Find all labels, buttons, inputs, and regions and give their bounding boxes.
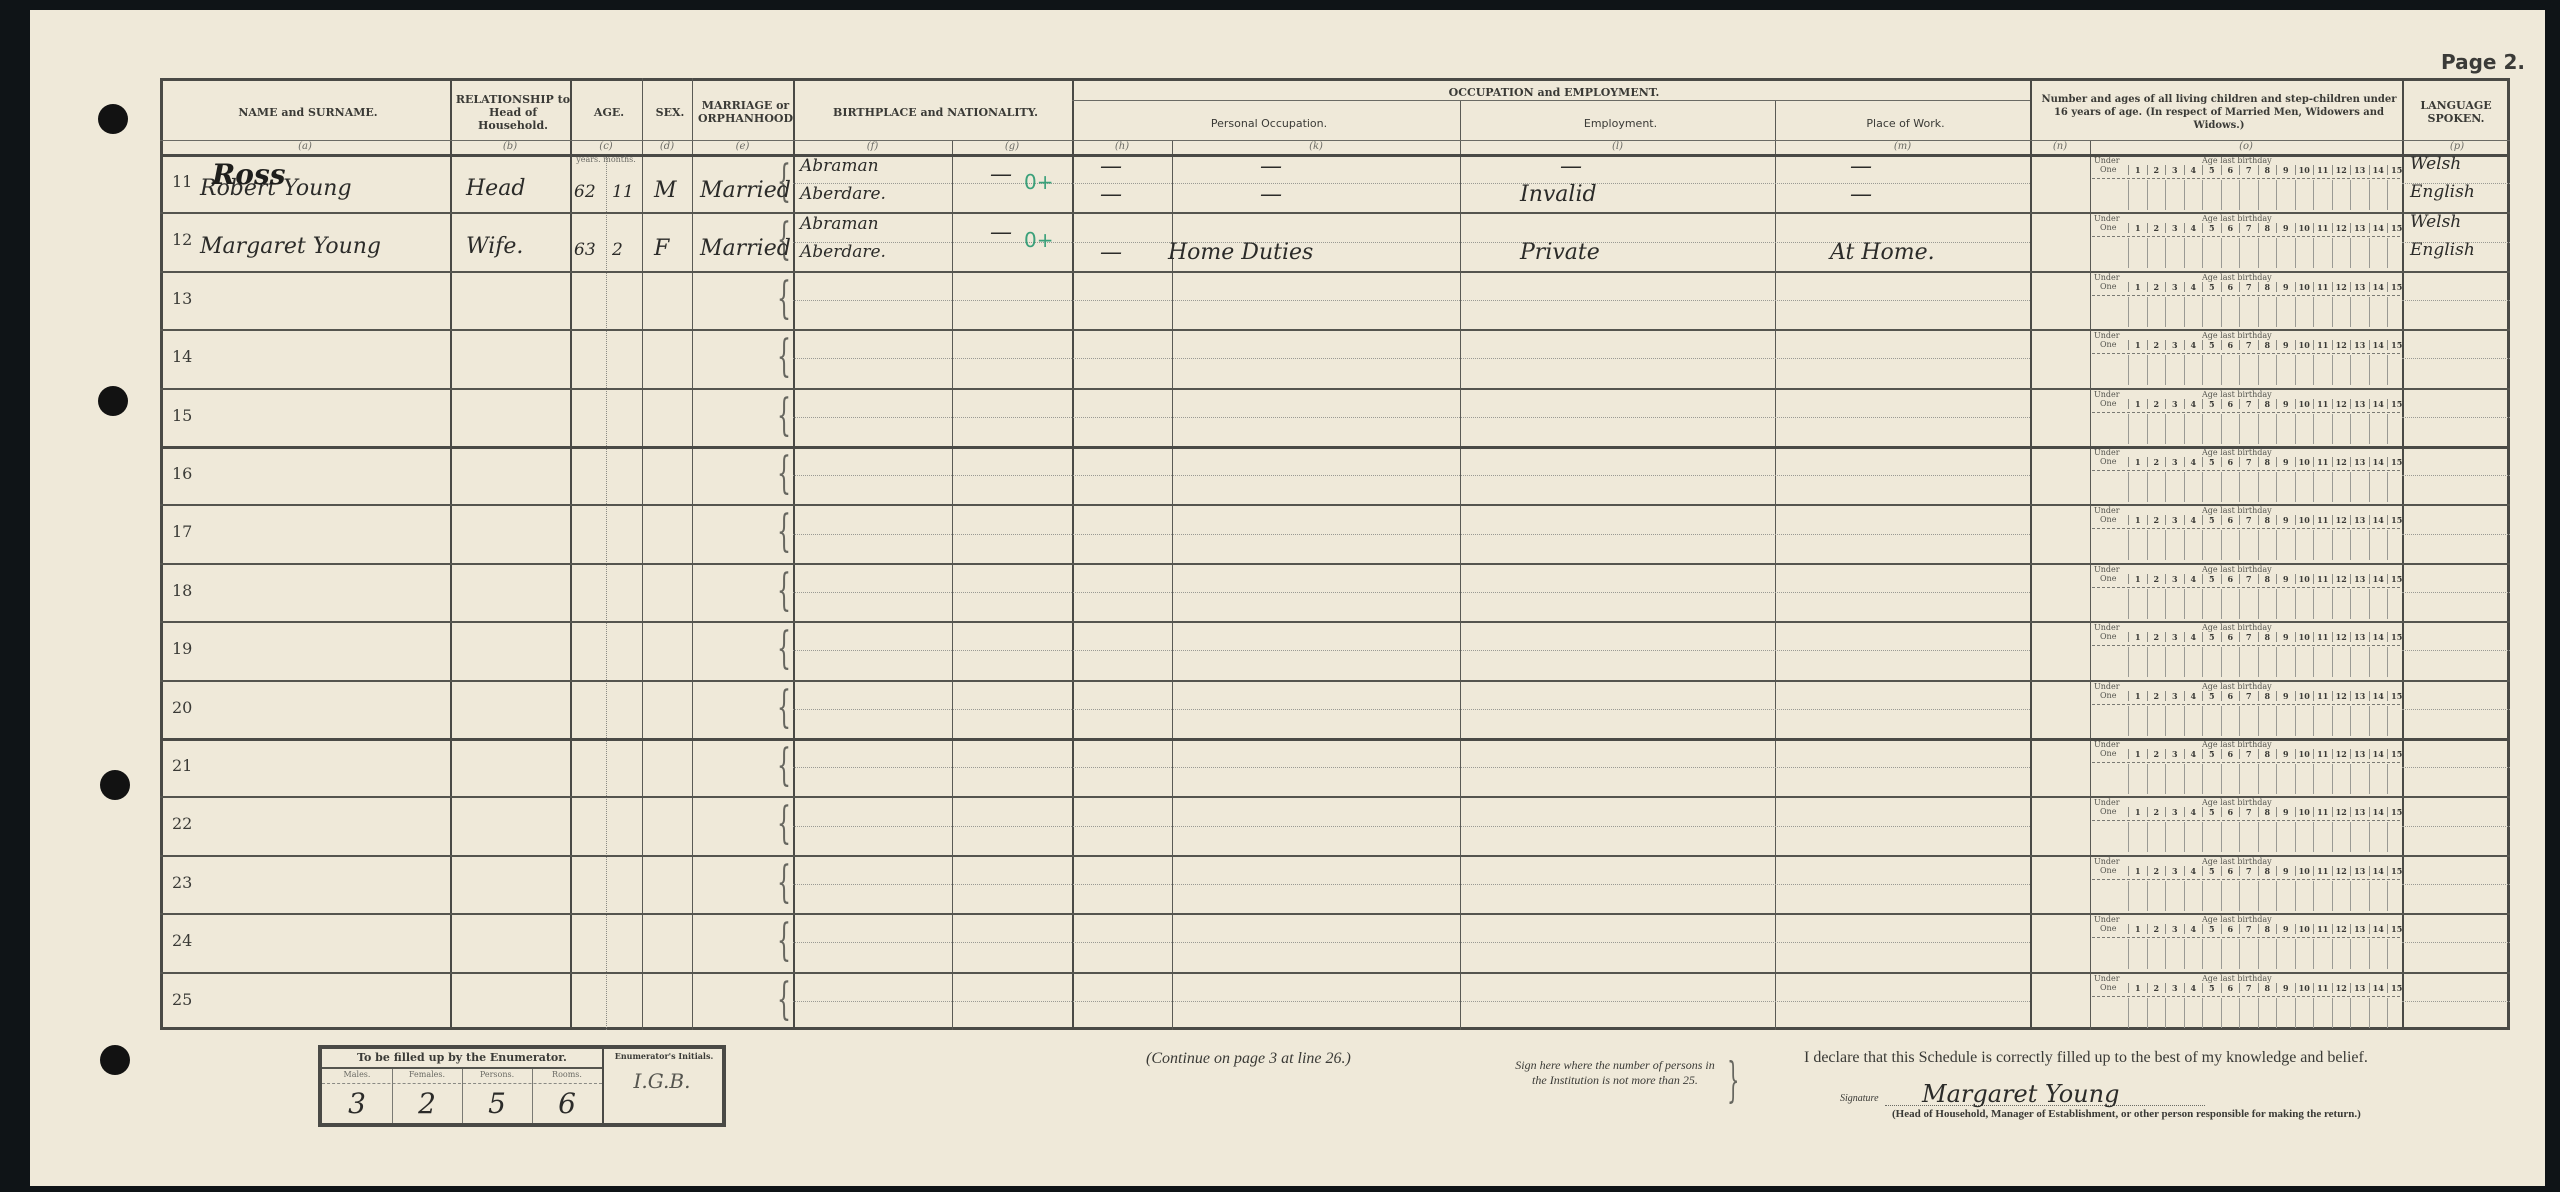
column-letter: (e) [692, 141, 793, 152]
occupation-k1: — [1260, 154, 1282, 179]
age-cell[interactable] [2202, 764, 2221, 794]
age-cell[interactable] [2128, 647, 2147, 677]
age-cell[interactable] [2313, 998, 2332, 1028]
age-cell[interactable] [2165, 939, 2184, 969]
males-label: Males. [322, 1070, 392, 1079]
age-cell[interactable] [2128, 764, 2147, 794]
age-cell[interactable] [2239, 589, 2258, 619]
age-number: 6 [2221, 223, 2240, 233]
age-number: 10 [2295, 399, 2314, 409]
age-cell[interactable] [2387, 297, 2406, 327]
age-cell[interactable] [2332, 180, 2351, 210]
age-cell[interactable] [2147, 764, 2166, 794]
age-number: 9 [2276, 866, 2295, 876]
age-cell[interactable] [2202, 881, 2221, 911]
age-cell[interactable] [2276, 939, 2295, 969]
age-cell[interactable] [2165, 238, 2184, 268]
age-cell[interactable] [2239, 764, 2258, 794]
age-cell[interactable] [2165, 764, 2184, 794]
age-cell[interactable] [2202, 939, 2221, 969]
age-cell[interactable] [2295, 414, 2314, 444]
age-number: 5 [2202, 632, 2221, 642]
brace-icon: { [777, 335, 791, 379]
age-cell[interactable] [2276, 414, 2295, 444]
age-cell[interactable] [2221, 355, 2240, 385]
age-number: 2 [2147, 165, 2166, 175]
age-cell[interactable] [2221, 297, 2240, 327]
age-cell[interactable] [2332, 939, 2351, 969]
age-cell[interactable] [2184, 647, 2203, 677]
age-number: 6 [2221, 983, 2240, 993]
age-cell[interactable] [2165, 414, 2184, 444]
age-cell[interactable] [2387, 998, 2406, 1028]
age-cell[interactable] [2221, 238, 2240, 268]
age-cell[interactable] [2350, 881, 2369, 911]
children-age-grid: UnderOneAge last birthday123456789101112… [2092, 390, 2400, 446]
age-cell[interactable] [2165, 881, 2184, 911]
age-cell[interactable] [2295, 764, 2314, 794]
employment: Invalid [1520, 182, 1597, 207]
age-cell[interactable] [2276, 998, 2295, 1028]
age-cell[interactable] [2239, 647, 2258, 677]
age-number: 13 [2350, 924, 2369, 934]
row-subdivider [2402, 358, 2510, 359]
age-cell[interactable] [2202, 589, 2221, 619]
age-cell[interactable] [2202, 706, 2221, 736]
age-cell[interactable] [2202, 822, 2221, 852]
age-cell[interactable] [2128, 238, 2147, 268]
age-cell[interactable] [2313, 238, 2332, 268]
age-cell[interactable] [2128, 180, 2147, 210]
age-cell[interactable] [2239, 472, 2258, 502]
age-cell[interactable] [2350, 238, 2369, 268]
age-cell[interactable] [2369, 764, 2388, 794]
age-cell[interactable] [2276, 530, 2295, 560]
age-cell[interactable] [2147, 355, 2166, 385]
age-cell[interactable] [2258, 589, 2277, 619]
age-cell[interactable] [2313, 530, 2332, 560]
age-cell[interactable] [2128, 472, 2147, 502]
header-children: Number and ages of all living children a… [2033, 81, 2405, 143]
age-cell[interactable] [2128, 355, 2147, 385]
age-cell[interactable] [2350, 180, 2369, 210]
age-cell[interactable] [2387, 180, 2406, 210]
age-cell[interactable] [2387, 355, 2406, 385]
children-age-grid: UnderOneAge last birthday123456789101112… [2092, 156, 2400, 212]
age-number: 4 [2184, 866, 2203, 876]
age-cell[interactable] [2276, 180, 2295, 210]
age-cell[interactable] [2369, 939, 2388, 969]
age-cell[interactable] [2350, 706, 2369, 736]
age-cell[interactable] [2184, 238, 2203, 268]
age-cell[interactable] [2332, 297, 2351, 327]
age-cell[interactable] [2295, 998, 2314, 1028]
age-cell[interactable] [2350, 647, 2369, 677]
age-cell[interactable] [2369, 414, 2388, 444]
age-number: 7 [2239, 632, 2258, 642]
age-cell[interactable] [2313, 822, 2332, 852]
age-cell[interactable] [2147, 998, 2166, 1028]
age-cell[interactable] [2202, 998, 2221, 1028]
column-letter: (a) [160, 141, 450, 152]
age-cell[interactable] [2184, 180, 2203, 210]
age-cell[interactable] [2332, 764, 2351, 794]
age-cell[interactable] [2184, 998, 2203, 1028]
age-cell[interactable] [2258, 939, 2277, 969]
age-cell[interactable] [2202, 180, 2221, 210]
age-cell[interactable] [2239, 297, 2258, 327]
age-cell[interactable] [2332, 998, 2351, 1028]
age-cell[interactable] [2295, 881, 2314, 911]
age-number: 8 [2258, 457, 2277, 467]
age-number: 1 [2128, 574, 2147, 584]
age-cell[interactable] [2147, 706, 2166, 736]
age-cell[interactable] [2276, 647, 2295, 677]
age-number: 12 [2332, 457, 2351, 467]
age-cell[interactable] [2147, 647, 2166, 677]
age-cell[interactable] [2313, 939, 2332, 969]
age-cell[interactable] [2239, 822, 2258, 852]
age-cell[interactable] [2221, 180, 2240, 210]
age-cell[interactable] [2221, 764, 2240, 794]
age-cell[interactable] [2332, 881, 2351, 911]
age-cell[interactable] [2276, 238, 2295, 268]
age-cell[interactable] [2387, 822, 2406, 852]
age-cell[interactable] [2387, 238, 2406, 268]
age-cell[interactable] [2184, 414, 2203, 444]
age-cell[interactable] [2387, 530, 2406, 560]
age-cell[interactable] [2295, 297, 2314, 327]
age-number: 9 [2276, 632, 2295, 642]
age-cell[interactable] [2387, 472, 2406, 502]
age-number: 8 [2258, 632, 2277, 642]
age-number: 14 [2369, 983, 2388, 993]
age-number: 7 [2239, 223, 2258, 233]
age-cell[interactable] [2165, 472, 2184, 502]
age-number: 1 [2128, 515, 2147, 525]
age-cell[interactable] [2313, 414, 2332, 444]
age-cell[interactable] [2147, 530, 2166, 560]
header-place-of-work: Place of Work. [1778, 103, 2033, 143]
age-cell[interactable] [2184, 355, 2203, 385]
age-cell[interactable] [2147, 180, 2166, 210]
age-cell[interactable] [2165, 530, 2184, 560]
age-number: 5 [2202, 924, 2221, 934]
age-number: 14 [2369, 691, 2388, 701]
age-cell[interactable] [2128, 706, 2147, 736]
age-cell[interactable] [2313, 764, 2332, 794]
age-cell[interactable] [2369, 530, 2388, 560]
age-cell[interactable] [2165, 355, 2184, 385]
age-cell[interactable] [2350, 530, 2369, 560]
age-cell[interactable] [2202, 238, 2221, 268]
age-cell[interactable] [2147, 589, 2166, 619]
age-cell[interactable] [2258, 530, 2277, 560]
age-cell[interactable] [2369, 589, 2388, 619]
age-number: 11 [2313, 807, 2332, 817]
age-cell[interactable] [2276, 706, 2295, 736]
age-number: 13 [2350, 399, 2369, 409]
age-cell[interactable] [2202, 355, 2221, 385]
age-cell[interactable] [2184, 589, 2203, 619]
age-cell[interactable] [2295, 706, 2314, 736]
age-cell[interactable] [2276, 472, 2295, 502]
age-cell[interactable] [2332, 822, 2351, 852]
age-number: 3 [2165, 515, 2184, 525]
age-cell[interactable] [2313, 355, 2332, 385]
age-cell[interactable] [2332, 647, 2351, 677]
persons-count: 5 [462, 1087, 532, 1120]
age-cell[interactable] [2295, 822, 2314, 852]
age-cell[interactable] [2165, 589, 2184, 619]
persons-label: Persons. [462, 1070, 532, 1079]
age-cell[interactable] [2295, 180, 2314, 210]
age-cell[interactable] [2276, 822, 2295, 852]
age-cell[interactable] [2350, 822, 2369, 852]
age-cell[interactable] [2165, 706, 2184, 736]
age-number: 5 [2202, 866, 2221, 876]
age-cell[interactable] [2147, 881, 2166, 911]
age-number: 14 [2369, 749, 2388, 759]
age-number: 6 [2221, 340, 2240, 350]
enumerator-title: To be filled up by the Enumerator. [322, 1049, 602, 1069]
age-cell[interactable] [2221, 822, 2240, 852]
age-cell[interactable] [2202, 647, 2221, 677]
age-cell[interactable] [2313, 472, 2332, 502]
age-cell[interactable] [2387, 881, 2406, 911]
age-cell[interactable] [2184, 472, 2203, 502]
age-number: 12 [2332, 165, 2351, 175]
age-cell[interactable] [2369, 706, 2388, 736]
age-cell[interactable] [2332, 530, 2351, 560]
age-cell[interactable] [2369, 472, 2388, 502]
age-cell[interactable] [2184, 764, 2203, 794]
age-number: 3 [2165, 340, 2184, 350]
age-cell[interactable] [2221, 589, 2240, 619]
age-cell[interactable] [2165, 647, 2184, 677]
brace-icon: { [777, 569, 791, 613]
age-number: 14 [2369, 632, 2388, 642]
age-cell[interactable] [2350, 355, 2369, 385]
age-cell[interactable] [2313, 647, 2332, 677]
age-cell[interactable] [2313, 881, 2332, 911]
age-cell[interactable] [2258, 706, 2277, 736]
age-cell[interactable] [2221, 881, 2240, 911]
children-age-grid: UnderOneAge last birthday123456789101112… [2092, 331, 2400, 387]
age-cell[interactable] [2128, 881, 2147, 911]
age-cell[interactable] [2313, 706, 2332, 736]
age-years: 62 [574, 182, 596, 202]
age-number: 10 [2295, 632, 2314, 642]
rooms-count: 6 [532, 1087, 602, 1120]
age-cell[interactable] [2350, 472, 2369, 502]
age-cell[interactable] [2387, 647, 2406, 677]
row-subdivider [793, 884, 2030, 885]
age-number: 14 [2369, 866, 2388, 876]
brace-icon: { [777, 861, 791, 905]
age-cell[interactable] [2165, 180, 2184, 210]
age-cell[interactable] [2258, 822, 2277, 852]
age-number: 12 [2332, 340, 2351, 350]
age-cell[interactable] [2369, 881, 2388, 911]
age-cell[interactable] [2276, 355, 2295, 385]
column-divider [1460, 100, 1461, 1030]
row-subdivider [793, 358, 2030, 359]
age-cell[interactable] [2369, 180, 2388, 210]
age-cell[interactable] [2295, 530, 2314, 560]
column-letter: (d) [642, 141, 692, 152]
age-cell[interactable] [2387, 939, 2406, 969]
age-cell[interactable] [2258, 297, 2277, 327]
age-cell[interactable] [2239, 238, 2258, 268]
age-cell[interactable] [2350, 939, 2369, 969]
age-number: 5 [2202, 399, 2221, 409]
age-number: 9 [2276, 165, 2295, 175]
age-cell[interactable] [2239, 706, 2258, 736]
age-cell[interactable] [2369, 238, 2388, 268]
age-cell[interactable] [2202, 472, 2221, 502]
age-number: 2 [2147, 749, 2166, 759]
age-number: 7 [2239, 866, 2258, 876]
age-cell[interactable] [2184, 530, 2203, 560]
children-age-grid: UnderOneAge last birthday123456789101112… [2092, 682, 2400, 738]
age-cell[interactable] [2184, 706, 2203, 736]
age-cell[interactable] [2295, 647, 2314, 677]
age-cell[interactable] [2147, 238, 2166, 268]
age-cell[interactable] [2369, 998, 2388, 1028]
age-cell[interactable] [2128, 998, 2147, 1028]
age-cell[interactable] [2239, 180, 2258, 210]
age-cell[interactable] [2332, 589, 2351, 619]
age-cell[interactable] [2202, 414, 2221, 444]
enumerator-box: To be filled up by the Enumerator. Enume… [318, 1045, 726, 1127]
age-number: 9 [2276, 574, 2295, 584]
age-cell[interactable] [2147, 472, 2166, 502]
age-cell[interactable] [2221, 939, 2240, 969]
age-number: 8 [2258, 223, 2277, 233]
age-cell[interactable] [2184, 822, 2203, 852]
age-cell[interactable] [2221, 472, 2240, 502]
age-cell[interactable] [2258, 414, 2277, 444]
age-cell[interactable] [2147, 939, 2166, 969]
age-cell[interactable] [2387, 589, 2406, 619]
age-cell[interactable] [2350, 764, 2369, 794]
age-cell[interactable] [2184, 939, 2203, 969]
age-cell[interactable] [2295, 355, 2314, 385]
age-cell[interactable] [2221, 998, 2240, 1028]
age-cell[interactable] [2369, 297, 2388, 327]
age-cell[interactable] [2350, 414, 2369, 444]
age-cell[interactable] [2258, 764, 2277, 794]
age-cell[interactable] [2295, 238, 2314, 268]
age-cell[interactable] [2147, 414, 2166, 444]
age-cell[interactable] [2128, 414, 2147, 444]
age-cell[interactable] [2350, 589, 2369, 619]
age-cell[interactable] [2128, 939, 2147, 969]
age-cell[interactable] [2239, 530, 2258, 560]
age-cell[interactable] [2128, 530, 2147, 560]
age-cell[interactable] [2313, 589, 2332, 619]
age-number: 3 [2165, 983, 2184, 993]
age-number: 15 [2387, 457, 2406, 467]
age-cell[interactable] [2258, 238, 2277, 268]
age-cell[interactable] [2221, 647, 2240, 677]
age-cell[interactable] [2369, 647, 2388, 677]
age-cell[interactable] [2239, 881, 2258, 911]
age-cell[interactable] [2332, 238, 2351, 268]
age-cell[interactable] [2332, 355, 2351, 385]
age-cell[interactable] [2184, 297, 2203, 327]
age-number: 6 [2221, 924, 2240, 934]
age-cell[interactable] [2165, 822, 2184, 852]
age-cell[interactable] [2276, 297, 2295, 327]
age-cell[interactable] [2313, 297, 2332, 327]
age-cell[interactable] [2387, 414, 2406, 444]
age-cell[interactable] [2165, 297, 2184, 327]
age-cell[interactable] [2258, 647, 2277, 677]
age-cell[interactable] [2369, 822, 2388, 852]
age-cell[interactable] [2128, 589, 2147, 619]
age-cell[interactable] [2239, 414, 2258, 444]
age-cell[interactable] [2258, 472, 2277, 502]
age-cell[interactable] [2295, 589, 2314, 619]
age-cell[interactable] [2332, 706, 2351, 736]
age-cell[interactable] [2165, 998, 2184, 1028]
age-cell[interactable] [2258, 180, 2277, 210]
age-number: 6 [2221, 399, 2240, 409]
age-cell[interactable] [2239, 939, 2258, 969]
age-cell[interactable] [2147, 822, 2166, 852]
age-cell[interactable] [2387, 706, 2406, 736]
age-cell[interactable] [2313, 180, 2332, 210]
age-cell[interactable] [2295, 472, 2314, 502]
age-number: 10 [2295, 457, 2314, 467]
age-cell[interactable] [2387, 764, 2406, 794]
age-cell[interactable] [2239, 355, 2258, 385]
age-cell[interactable] [2147, 297, 2166, 327]
age-cell[interactable] [2276, 764, 2295, 794]
age-number: 13 [2350, 983, 2369, 993]
age-cell[interactable] [2202, 530, 2221, 560]
signature-label: Signature [1840, 1093, 1879, 1104]
age-cell[interactable] [2258, 881, 2277, 911]
declaration-text: I declare that this Schedule is correctl… [1804, 1049, 2368, 1067]
age-cell[interactable] [2258, 998, 2277, 1028]
birthplace-line1: Abraman [800, 214, 879, 234]
age-cell[interactable] [2221, 414, 2240, 444]
age-cell[interactable] [2350, 297, 2369, 327]
age-cell[interactable] [2276, 589, 2295, 619]
age-cell[interactable] [2128, 822, 2147, 852]
age-cell[interactable] [2332, 414, 2351, 444]
language-line1: Welsh [2410, 212, 2461, 232]
age-cell[interactable] [2239, 998, 2258, 1028]
age-cell[interactable] [2128, 297, 2147, 327]
age-cell[interactable] [2184, 881, 2203, 911]
age-cell[interactable] [2221, 706, 2240, 736]
age-cell[interactable] [2258, 355, 2277, 385]
nationality-dash: — [990, 162, 1012, 187]
place-of-work: — [1850, 182, 1872, 207]
age-cell[interactable] [2221, 530, 2240, 560]
age-cell[interactable] [2332, 472, 2351, 502]
age-cell[interactable] [2295, 939, 2314, 969]
age-number: 5 [2202, 983, 2221, 993]
age-cell[interactable] [2369, 355, 2388, 385]
age-cell[interactable] [2202, 297, 2221, 327]
age-cell[interactable] [2276, 881, 2295, 911]
age-cell[interactable] [2350, 998, 2369, 1028]
